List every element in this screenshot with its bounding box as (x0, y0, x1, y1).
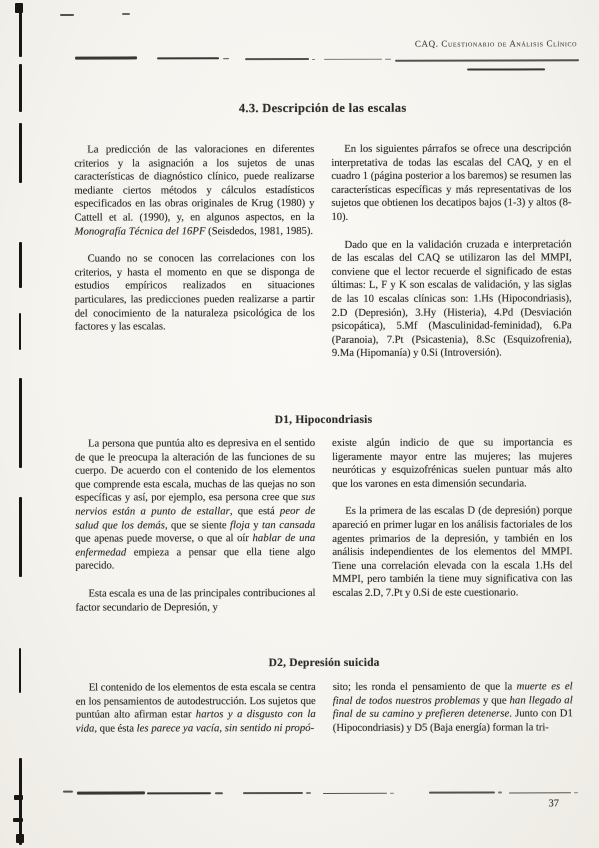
rule-segment (245, 57, 309, 59)
rule-segment (312, 58, 315, 60)
right-column: existe algún indicio de que su importanc… (332, 436, 572, 614)
left-column: La persona que puntúa alto es depresiva … (75, 437, 315, 615)
rule-segment (324, 59, 382, 60)
rule-segment (147, 792, 211, 794)
rule-segment (243, 792, 303, 794)
rule-segment (157, 57, 219, 59)
intro-block: La predicción de las valoraciones en dif… (74, 142, 572, 361)
paragraph-continuation: sito; les ronda el pensamiento de que la… (333, 680, 573, 735)
rule-segment (215, 792, 223, 794)
rule-segment (395, 59, 579, 61)
right-column: En los siguientes párrafos se ofrece una… (331, 142, 572, 361)
rule-segment (574, 792, 578, 794)
rule-segment (223, 58, 229, 60)
rule-segment (498, 791, 502, 793)
scanned-page: CAQ. Cuestionario de Análisis Clínico 4.… (0, 0, 599, 848)
paragraph: Es la primera de las escalas D (de depre… (332, 505, 572, 601)
rule-segment (306, 792, 311, 794)
paragraph: La persona que puntúa alto es depresiva … (75, 437, 315, 574)
page-number: 37 (76, 798, 559, 810)
paragraph: En los siguientes párrafos se ofrece una… (331, 142, 571, 224)
rule-segment (467, 68, 545, 70)
rule-segment (63, 791, 73, 793)
bottom-rule (0, 0, 598, 1)
d2-block: El contenido de los elementos de esta es… (76, 680, 573, 736)
paragraph: El contenido de los elementos de esta es… (76, 681, 316, 736)
rule-segment (323, 792, 387, 794)
running-head: CAQ. Cuestionario de Análisis Clínico (415, 38, 577, 48)
rule-segment (77, 791, 145, 794)
d1-block: La persona que puntúa alto es depresiva … (75, 436, 572, 614)
section-title: 4.3. Descripción de las escalas (74, 100, 571, 116)
heading-d2: D2, Depresión suicida (76, 656, 573, 669)
paragraph: Esta escala es una de las principales co… (75, 587, 315, 615)
paragraph-continuation: existe algún indicio de que su importanc… (332, 436, 572, 491)
rule-segment (429, 791, 495, 793)
left-column: El contenido de los elementos de esta es… (76, 681, 316, 736)
rule-segment (385, 59, 391, 60)
right-column: sito; les ronda el pensamiento de que la… (333, 680, 573, 735)
top-rule (0, 0, 598, 1)
rule-segment (390, 792, 394, 794)
heading-d1: D1, Hipocondriasis (75, 413, 572, 426)
paragraph: Cuando no se conocen las correlaciones c… (75, 252, 315, 334)
paragraph: La predicción de las valoraciones en dif… (74, 143, 314, 239)
rule-segment (509, 792, 571, 794)
rule-segment (75, 56, 137, 59)
left-column: La predicción de las valoraciones en dif… (74, 143, 315, 362)
paragraph: Dado que en la validación cruzada e inte… (332, 238, 572, 361)
